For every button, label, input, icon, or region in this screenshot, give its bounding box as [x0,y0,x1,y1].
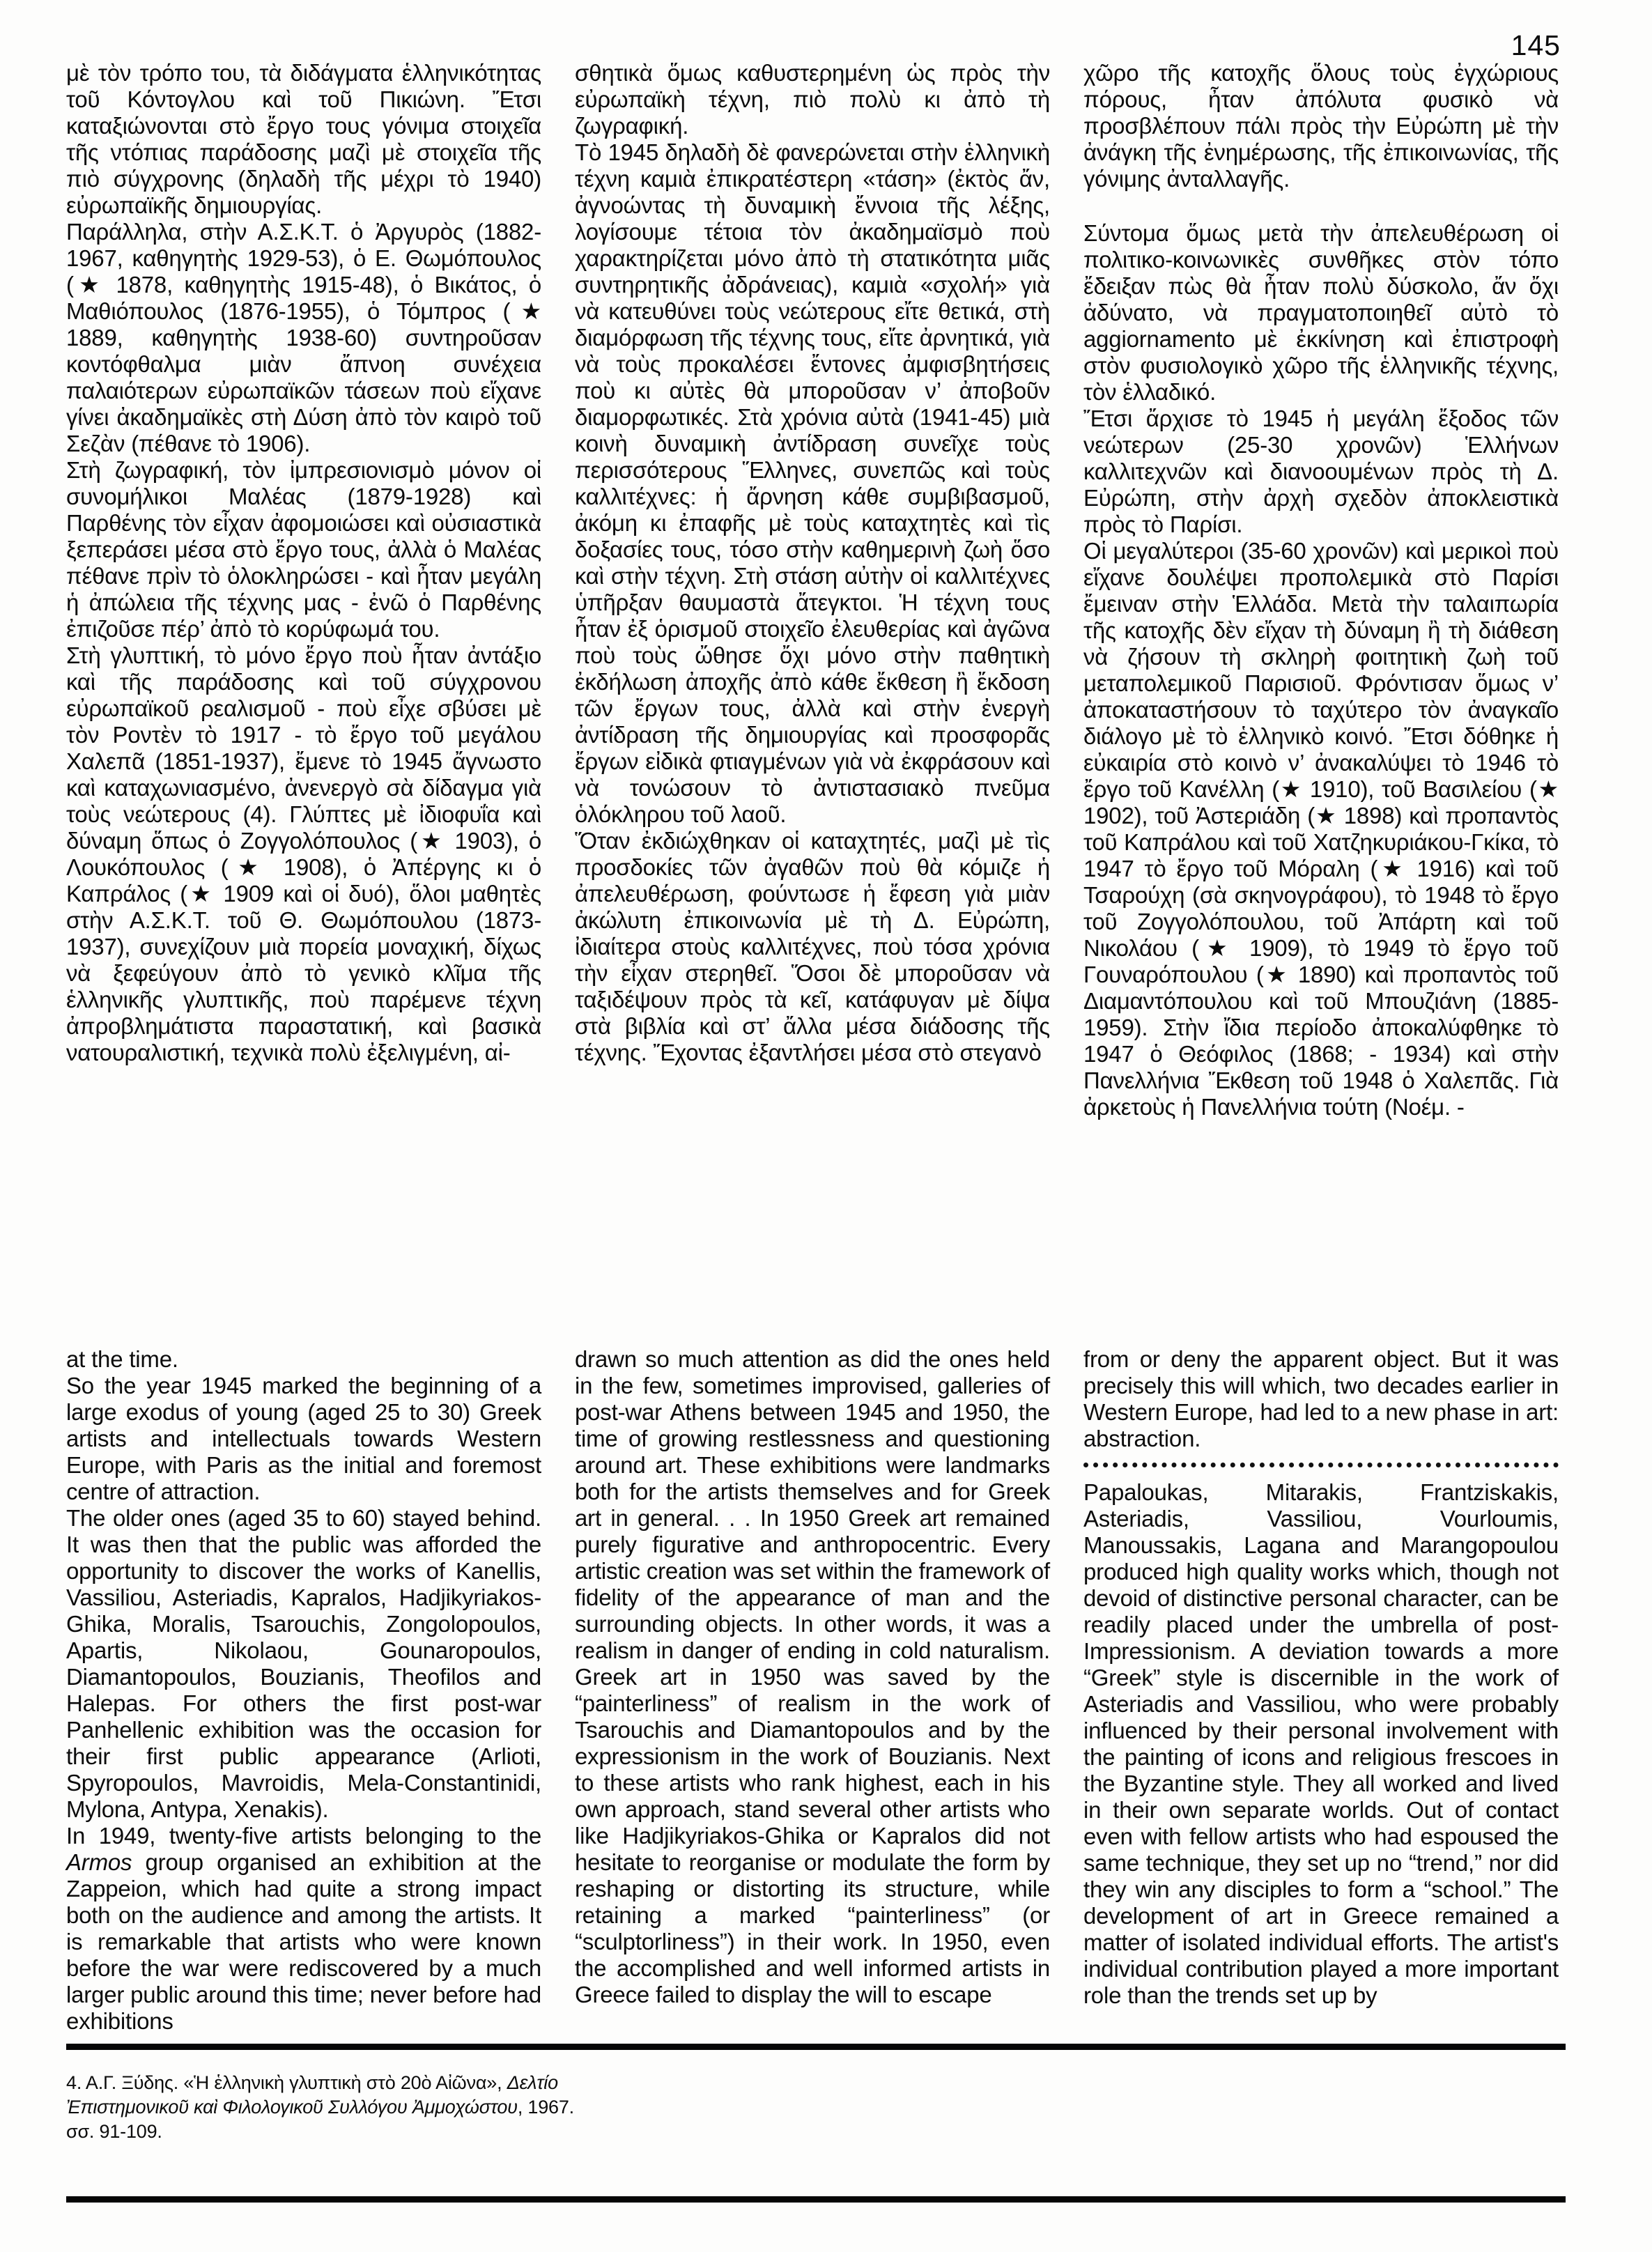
paragraph: So the year 1945 marked the beginning of… [66,1373,541,1505]
paragraph: Ἔτσι ἄρχισε τὸ 1945 ἡ μεγάλη ἔξοδος τῶν … [1083,406,1559,538]
english-column-2: drawn so much attention as did the ones … [575,1346,1050,2033]
paragraph: Οἱ μεγαλύτεροι (35-60 χρονῶν) καὶ μερικο… [1083,538,1559,1120]
paragraph-text: group organised an exhibition at the Zap… [66,1849,541,2034]
paragraph: Στὴ γλυπτική, τὸ μόνο ἔργο ποὺ ἦταν ἀντά… [66,642,541,1066]
paragraph-text: In 1949, twenty-five artists belonging t… [66,1823,541,1849]
scanned-journal-page: 145 μὲ τὸν τρόπο του, τὰ διδάγματα ἑλλην… [0,0,1652,2252]
greek-column-1: μὲ τὸν τρόπο του, τὰ διδάγματα ἑλληνικότ… [66,60,541,1136]
greek-column-3: χῶρο τῆς κατοχῆς ὅλους τοὺς ἐγχώριους πό… [1083,60,1559,1136]
paragraph: The older ones (aged 35 to 60) stayed be… [66,1505,541,1823]
english-column-1: at the time. So the year 1945 marked the… [66,1346,541,2033]
dotted-separator [1083,1463,1559,1467]
paragraph: Papaloukas, Mitarakis, Frantziskakis, As… [1083,1479,1559,2009]
paragraph: In 1949, twenty-five artists belonging t… [66,1823,541,2035]
paragraph: drawn so much attention as did the ones … [575,1346,1050,2008]
paragraph: Στὴ ζωγραφική, τὸν ἰμπρεσιονισμὸ μόνον ο… [66,457,541,642]
paragraph: at the time. [66,1346,541,1373]
page-number: 145 [1421,29,1561,62]
paragraph: from or deny the apparent object. But it… [1083,1346,1559,1452]
footnote-rule [66,2044,1566,2050]
paragraph: Ὅταν ἐκδιώχθηκαν οἱ καταχτητές, μαζὶ μὲ … [575,828,1050,1066]
paragraph: χῶρο τῆς κατοχῆς ὅλους τοὺς ἐγχώριους πό… [1083,60,1559,192]
footnote-text: 4. Α.Γ. Ξύδης. «Ἡ ἑλληνικὴ γλυπτικὴ στὸ … [66,2072,507,2093]
paragraph: σθητικὰ ὅμως καθυστερημένη ὡς πρὸς τὴν ε… [575,60,1050,139]
group-name-italic: Armos [66,1849,132,1875]
paragraph: Παράλληλα, στὴν Α.Σ.Κ.Τ. ὁ Ἀργυρὸς (1882… [66,219,541,457]
paragraph: μὲ τὸν τρόπο του, τὰ διδάγματα ἑλληνικότ… [66,60,541,219]
greek-column-2: σθητικὰ ὅμως καθυστερημένη ὡς πρὸς τὴν ε… [575,60,1050,1136]
english-column-3: from or deny the apparent object. But it… [1083,1346,1559,2033]
paragraph: Σύντομα ὅμως μετὰ τὴν ἀπελευθέρωση οἱ πο… [1083,220,1559,406]
paragraph: Τὸ 1945 δηλαδὴ δὲ φανερώνεται στὴν ἑλλην… [575,139,1050,828]
bottom-rule [66,2196,1566,2203]
footnote: 4. Α.Γ. Ξύδης. «Ἡ ἑλληνικὴ γλυπτικὴ στὸ … [66,2071,578,2144]
